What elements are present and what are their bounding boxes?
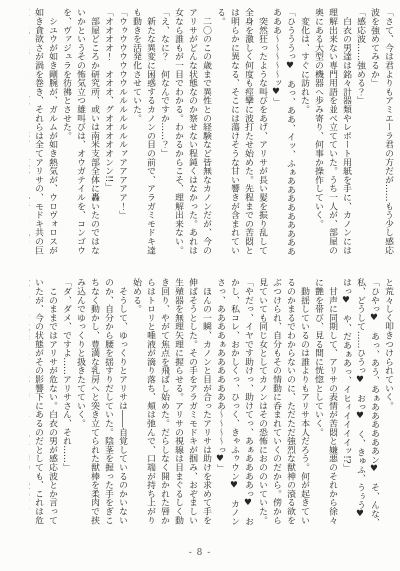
- page-number: - 8 -: [0, 548, 400, 558]
- novel-page: 「さて、今は君よりもアミエーラ君の方だが……もう少し感応波を強めてみるか」 「感…: [0, 0, 400, 571]
- upper-text-block: 「さて、今は君よりもアミエーラ君の方だが……もう少し感応波を強めてみるか」 「感…: [29, 8, 395, 261]
- lower-text-block: と荒々しく叩きつけられていく。 「ひやっ♥ あっ、あう、あぁああああああン♥ そ…: [29, 278, 395, 531]
